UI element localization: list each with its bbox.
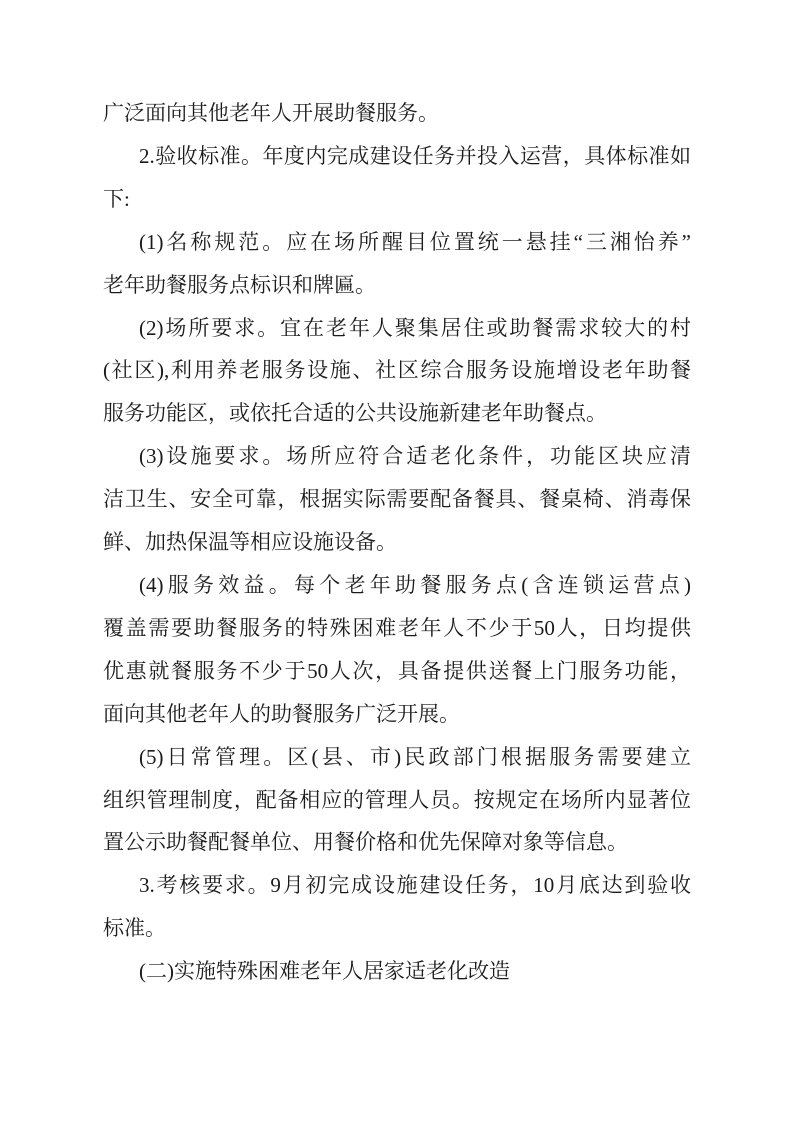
text-line: (5)日常管理。区(县、市)民政部门根据服务需要建立 [103, 736, 691, 779]
text-line: 覆盖需要助餐服务的特殊困难老年人不少于50人，日均提供 [103, 607, 691, 650]
text-line: (3)设施要求。场所应符合适老化条件，功能区块应清 [103, 435, 691, 478]
text-line: 广泛面向其他老年人开展助餐服务。 [103, 92, 691, 135]
text-line: 老年助餐服务点标识和牌匾。 [103, 264, 691, 307]
text-line: (2)场所要求。宜在老年人聚集居住或助餐需求较大的村 [103, 307, 691, 350]
text-line: 服务功能区，或依托合适的公共设施新建老年助餐点。 [103, 392, 691, 435]
text-line: 面向其他老年人的助餐服务广泛开展。 [103, 693, 691, 736]
document-page: 广泛面向其他老年人开展助餐服务。2.验收标准。年度内完成建设任务并投入运营，具体… [0, 0, 793, 1121]
text-line: (4)服务效益。每个老年助餐服务点(含连锁运营点) [103, 564, 691, 607]
text-line: 组织管理制度，配备相应的管理人员。按规定在场所内显著位 [103, 779, 691, 822]
text-line: 鲜、加热保温等相应设施设备。 [103, 521, 691, 564]
text-line: (社区),利用养老服务设施、社区综合服务设施增设老年助餐 [103, 349, 691, 392]
text-line: 标准。 [103, 907, 691, 950]
text-line: 3.考核要求。9月初完成设施建设任务，10月底达到验收 [103, 864, 691, 907]
document-body: 广泛面向其他老年人开展助餐服务。2.验收标准。年度内完成建设任务并投入运营，具体… [103, 92, 691, 993]
text-line: (二)实施特殊困难老年人居家适老化改造 [103, 950, 691, 993]
text-line: 洁卫生、安全可靠，根据实际需要配备餐具、餐桌椅、消毒保 [103, 478, 691, 521]
text-line: 2.验收标准。年度内完成建设任务并投入运营，具体标准如 [103, 135, 691, 178]
text-line: 优惠就餐服务不少于50人次，具备提供送餐上门服务功能， [103, 650, 691, 693]
text-line: 置公示助餐配餐单位、用餐价格和优先保障对象等信息。 [103, 821, 691, 864]
text-line: 下: [103, 178, 691, 221]
text-line: (1)名称规范。应在场所醒目位置统一悬挂“三湘怡养” [103, 221, 691, 264]
